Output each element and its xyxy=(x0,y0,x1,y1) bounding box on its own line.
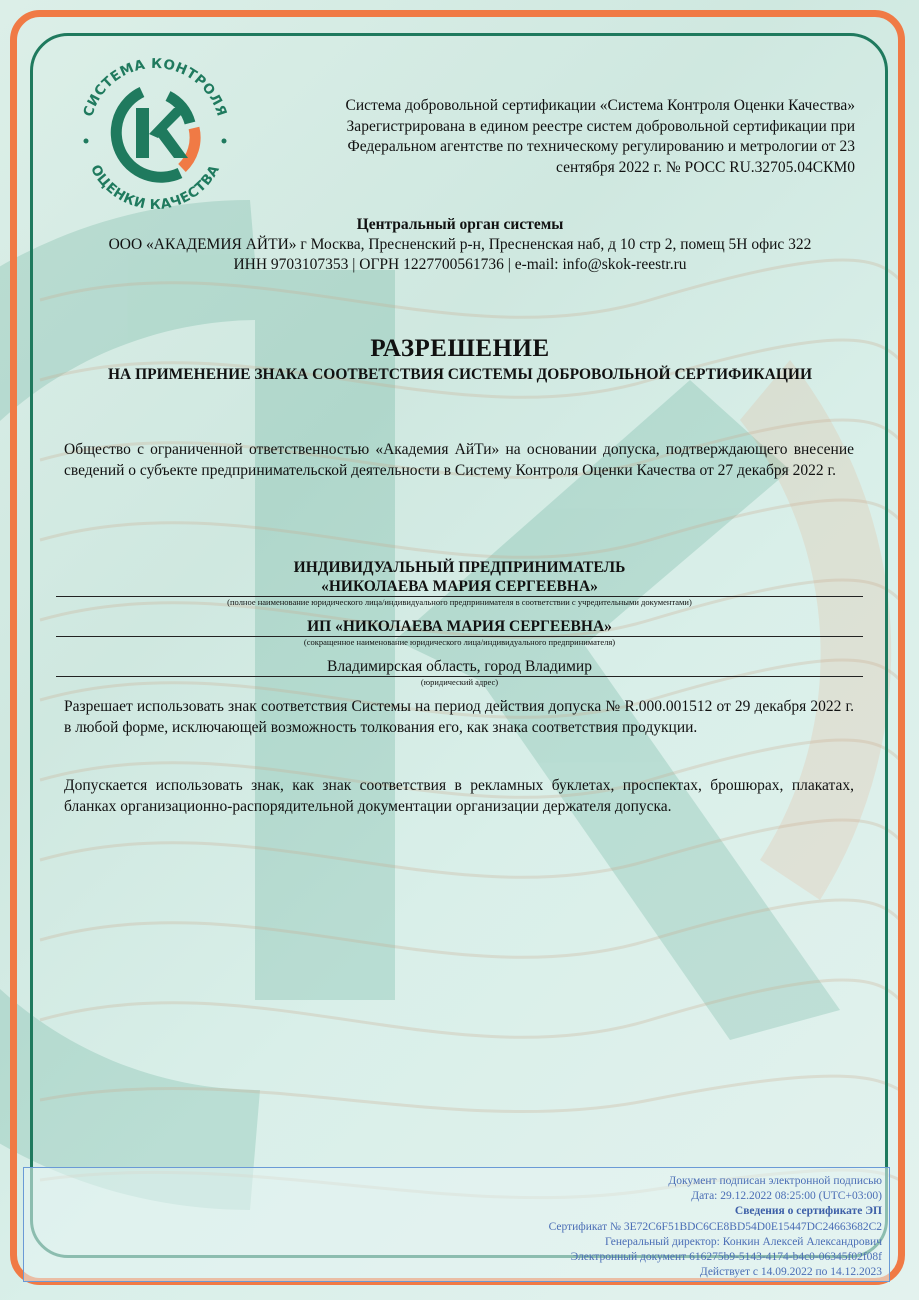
signature-validity: Действует с 14.09.2022 по 14.12.2023 xyxy=(549,1265,882,1280)
legal-address-block: Владимирская область, город Владимир (юр… xyxy=(56,657,863,688)
header-line: Система добровольной сертификации «Систе… xyxy=(260,96,855,117)
signature-certificate: Сертификат № 3E72C6F51BDC6CE8BD54D0E1544… xyxy=(549,1220,882,1235)
full-name-caption: (полное наименование юридического лица/и… xyxy=(56,597,863,608)
header-line: Зарегистрирована в едином реестре систем… xyxy=(260,117,855,138)
full-name-line1: ИНДИВИДУАЛЬНЫЙ ПРЕДПРИНИМАТЕЛЬ xyxy=(56,558,863,577)
full-name-line2: «НИКОЛАЕВА МАРИЯ СЕРГЕЕВНА» xyxy=(56,577,863,596)
short-name-block: ИП «НИКОЛАЕВА МАРИЯ СЕРГЕЕВНА» (сокращен… xyxy=(56,617,863,648)
full-name-block: ИНДИВИДУАЛЬНЫЙ ПРЕДПРИНИМАТЕЛЬ «НИКОЛАЕВ… xyxy=(56,558,863,608)
document-title-block: РАЗРЕШЕНИЕ НА ПРИМЕНЕНИЕ ЗНАКА СООТВЕТСТ… xyxy=(40,333,880,385)
intro-paragraph: Общество с ограниченной ответственностью… xyxy=(64,440,854,481)
short-name: ИП «НИКОЛАЕВА МАРИЯ СЕРГЕЕВНА» xyxy=(56,617,863,636)
signature-heading: Сведения о сертификате ЭП xyxy=(549,1204,882,1219)
permission-paragraph: Разрешает использовать знак соответствия… xyxy=(64,697,854,738)
skok-logo: СИСТЕМА КОНТРОЛЯ ОЦЕНКИ КАЧЕСТВА xyxy=(70,48,240,218)
document-subtitle: НА ПРИМЕНЕНИЕ ЗНАКА СООТВЕТСТВИЯ СИСТЕМЫ… xyxy=(40,365,880,385)
e-signature-stamp: Документ подписан электронной подписью Д… xyxy=(23,1167,890,1282)
header-line: сентября 2022 г. № РОСС RU.32705.04СКМ0 xyxy=(260,158,855,179)
document-title: РАЗРЕШЕНИЕ xyxy=(40,333,880,365)
logo-arc-bottom-text: ОЦЕНКИ КАЧЕСТВА xyxy=(87,162,223,213)
central-body-title: Центральный орган системы xyxy=(40,215,880,235)
signature-line: Документ подписан электронной подписью xyxy=(549,1174,882,1189)
system-registration-info: Система добровольной сертификации «Систе… xyxy=(260,96,855,178)
header-line: Федеральном агентстве по техническому ре… xyxy=(260,137,855,158)
short-name-caption: (сокращенное наименование юридического л… xyxy=(56,637,863,648)
usage-paragraph: Допускается использовать знак, как знак … xyxy=(64,776,854,817)
signature-doc-id: Электронный документ 616275b9-5143-4174-… xyxy=(549,1250,882,1265)
svg-text:ОЦЕНКИ КАЧЕСТВА: ОЦЕНКИ КАЧЕСТВА xyxy=(87,162,223,213)
signature-director: Генеральный директор: Конкин Алексей Але… xyxy=(549,1235,882,1250)
central-body-requisites: ИНН 9703107353 | ОГРН 1227700561736 | e-… xyxy=(40,255,880,275)
central-body-block: Центральный орган системы ООО «АКАДЕМИЯ … xyxy=(40,215,880,275)
central-body-address: ООО «АКАДЕМИЯ АЙТИ» г Москва, Пресненски… xyxy=(40,235,880,255)
legal-address: Владимирская область, город Владимир xyxy=(56,657,863,676)
signature-date: Дата: 29.12.2022 08:25:00 (UTC+03:00) xyxy=(549,1189,882,1204)
legal-address-caption: (юридический адрес) xyxy=(56,677,863,688)
logo-arc-top-text: СИСТЕМА КОНТРОЛЯ xyxy=(80,56,229,119)
svg-text:СИСТЕМА КОНТРОЛЯ: СИСТЕМА КОНТРОЛЯ xyxy=(80,56,229,119)
